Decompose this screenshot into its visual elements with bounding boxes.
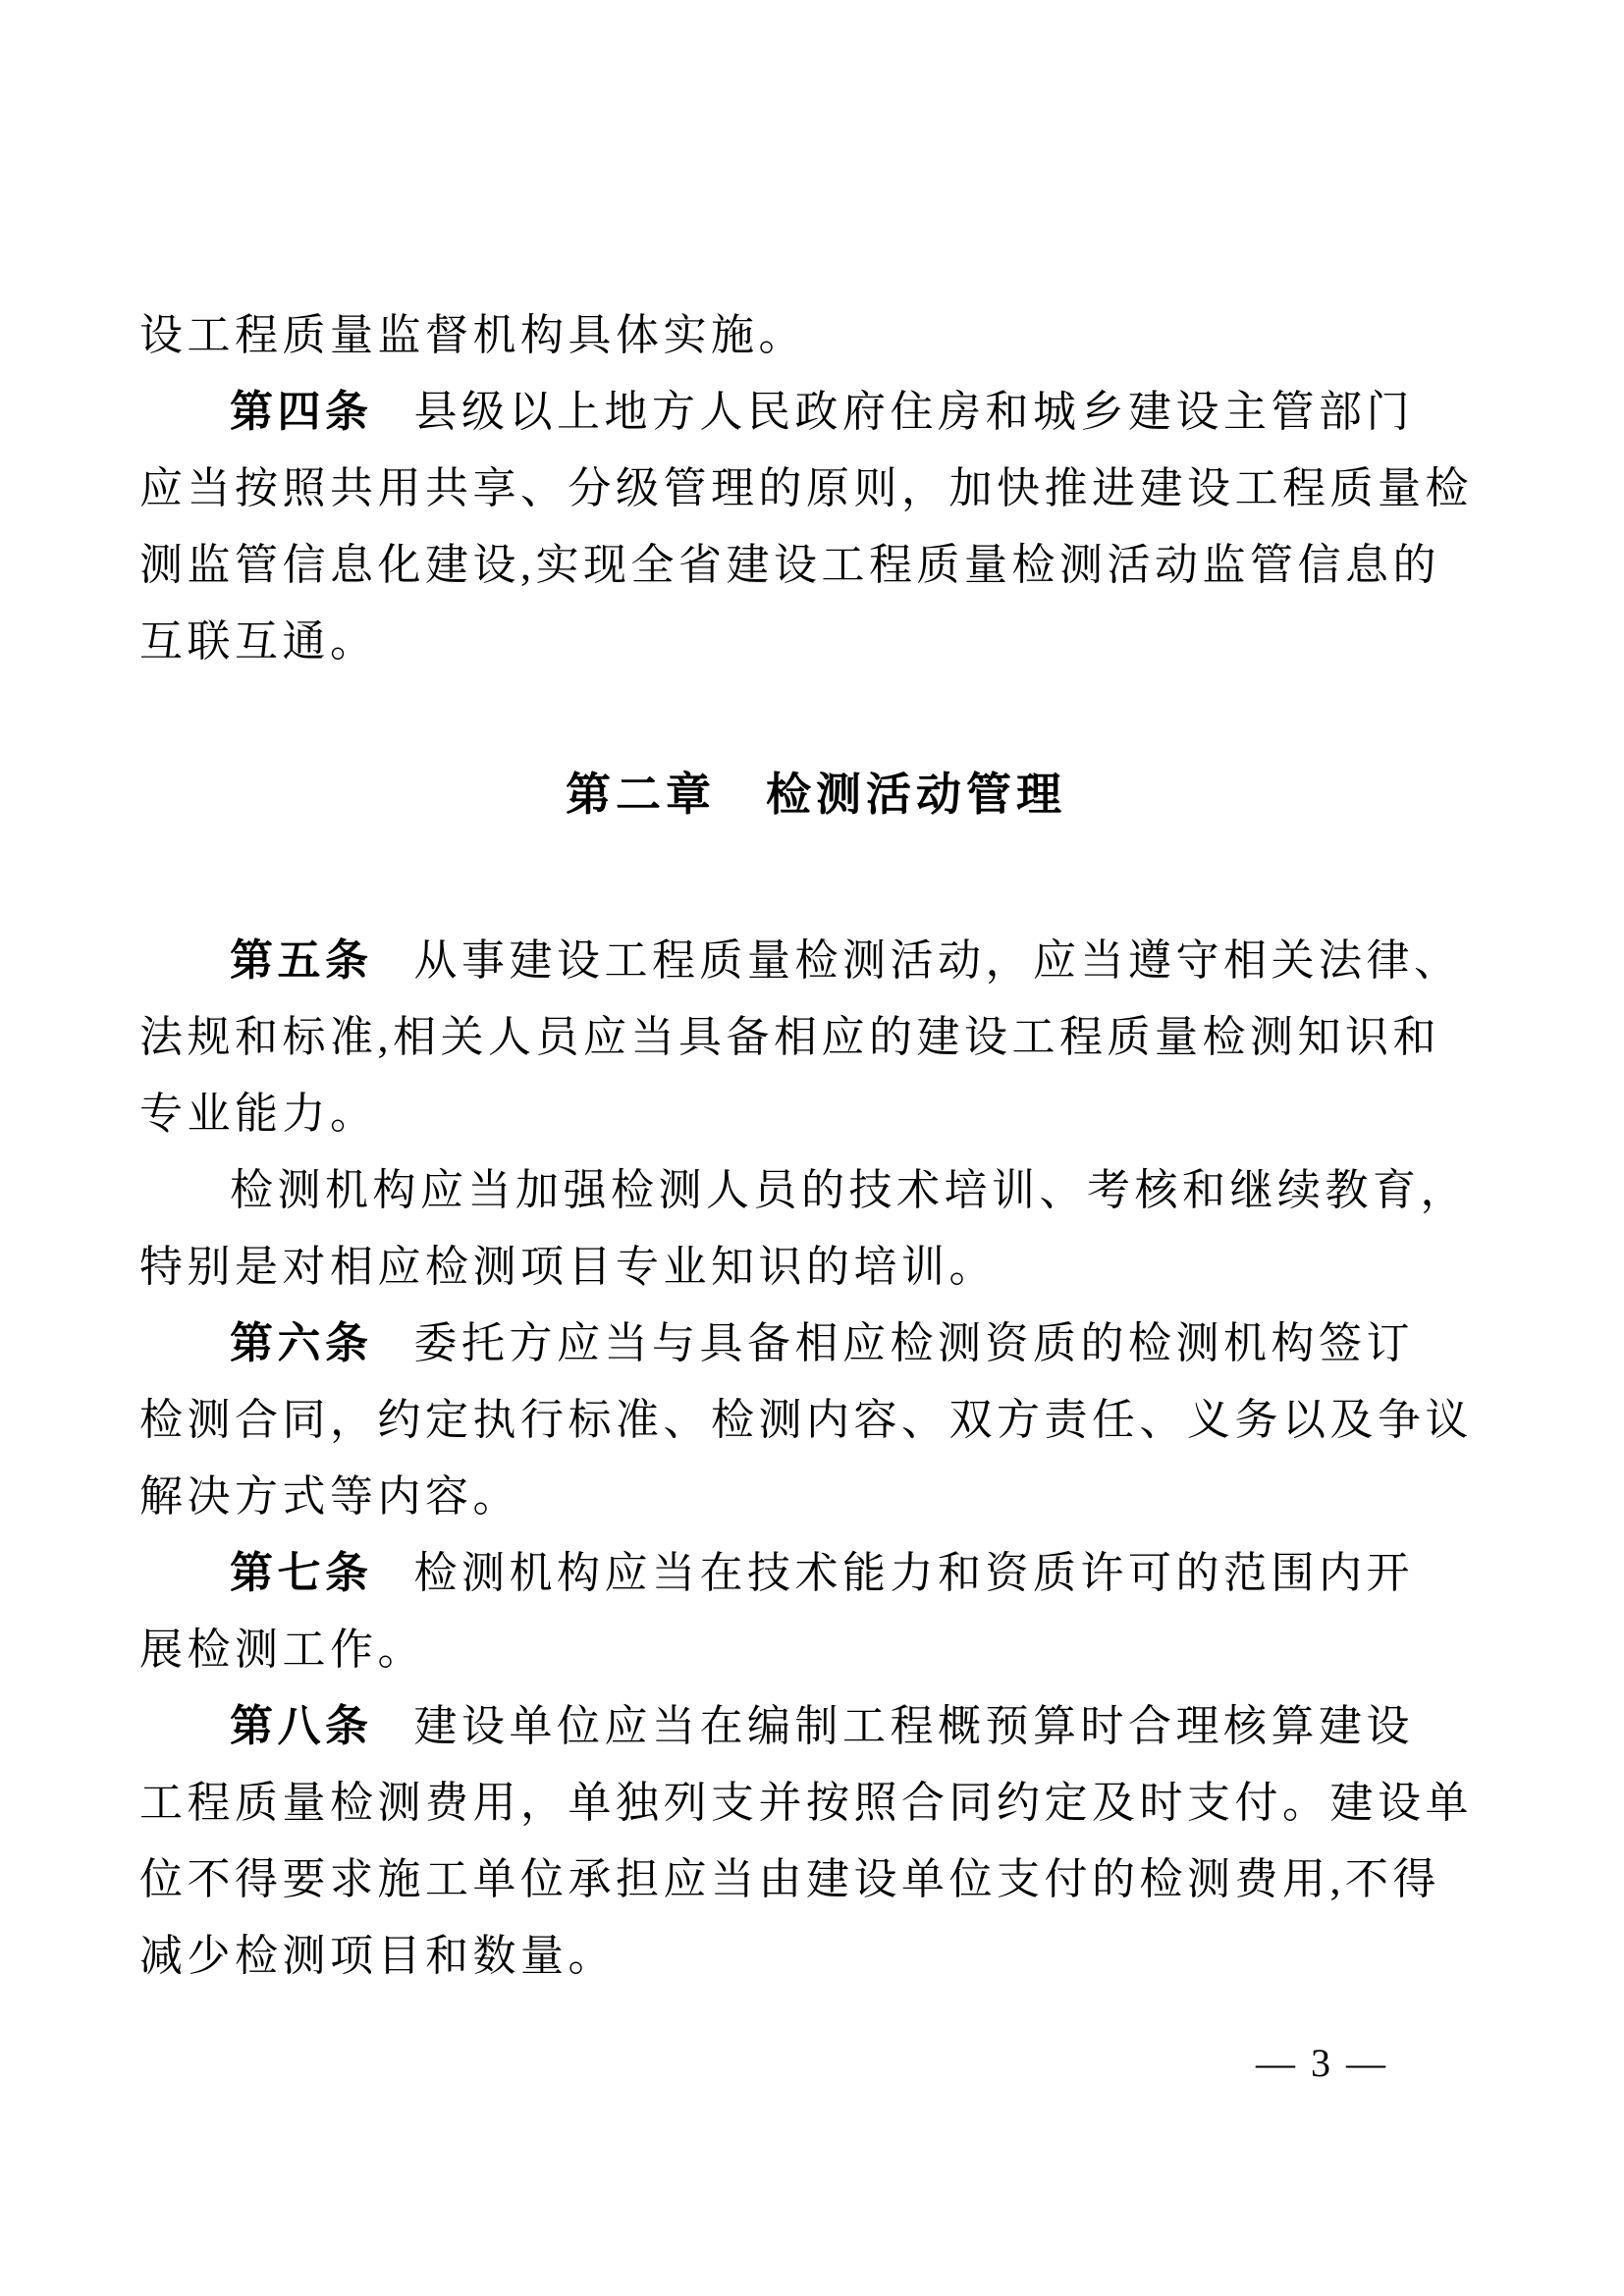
text-line: 工程质量检测费用，单独列支并按照合同约定及时支付。建设单	[139, 1765, 1492, 1842]
text-line: 应当按照共用共享、分级管理的原则，加快推进建设工程质量检	[139, 451, 1492, 527]
line-text: 展检测工作。	[139, 1626, 425, 1674]
line-text: 位不得要求施工单位承担应当由建设单位支付的检测费用,不得	[139, 1855, 1440, 1903]
text-line: 展检测工作。	[139, 1612, 1492, 1688]
text-line: 第七条检测机构应当在技术能力和资质许可的范围内开	[139, 1535, 1583, 1612]
line-text: 检测合同，约定执行标准、检测内容、双方责任、义务以及争议	[139, 1396, 1473, 1444]
text-line: 第六条委托方应当与具备相应检测资质的检测机构签订	[139, 1306, 1583, 1382]
text-line: 位不得要求施工单位承担应当由建设单位支付的检测费用,不得	[139, 1842, 1492, 1918]
line-text: 检测机构应当在技术能力和资质许可的范围内开	[414, 1549, 1415, 1597]
line-text: 检测机构应当加强检测人员的技术培训、考核和继续教育，	[230, 1166, 1468, 1214]
chapter-heading-text: 第二章 检测活动管理	[566, 769, 1066, 820]
line-text: 法规和标准,相关人员应当具备相应的建设工程质量检测知识和	[139, 1013, 1440, 1061]
article-number: 第四条	[230, 388, 373, 436]
line-text: 互联互通。	[139, 617, 378, 666]
line-text: 解决方式等内容。	[139, 1472, 520, 1521]
text-line: 设工程质量监督机构具体实施。	[139, 297, 1492, 374]
line-text: 建设单位应当在编制工程概预算时合理核算建设	[414, 1702, 1415, 1750]
page-number: — 3 —	[1256, 2034, 1388, 2093]
line-text: 测监管信息化建设,实现全省建设工程质量检测活动监管信息的	[139, 541, 1440, 589]
line-text: 委托方应当与具备相应检测资质的检测机构签订	[414, 1319, 1415, 1367]
article-number: 第五条	[230, 936, 373, 985]
text-line: 特别是对相应检测项目专业知识的培训。	[139, 1229, 1492, 1306]
text-line: 互联互通。	[139, 604, 1492, 680]
line-text: 特别是对相应检测项目专业知识的培训。	[139, 1243, 997, 1291]
chapter-heading: 第二章 检测活动管理	[139, 756, 1492, 832]
text-line: 第四条县级以上地方人民政府住房和城乡建设主管部门	[139, 374, 1583, 451]
text-line: 第八条建设单位应当在编制工程概预算时合理核算建设	[139, 1688, 1583, 1765]
article-number: 第七条	[230, 1549, 373, 1597]
line-text: 应当按照共用共享、分级管理的原则，加快推进建设工程质量检	[139, 464, 1473, 512]
text-line: 法规和标准,相关人员应当具备相应的建设工程质量检测知识和	[139, 999, 1492, 1076]
text-line: 检测机构应当加强检测人员的技术培训、考核和继续教育，	[139, 1152, 1583, 1229]
article-number: 第六条	[230, 1319, 373, 1367]
text-line: 专业能力。	[139, 1076, 1492, 1152]
text-line: 解决方式等内容。	[139, 1459, 1492, 1535]
line-text: 县级以上地方人民政府住房和城乡建设主管部门	[414, 388, 1415, 436]
line-text: 专业能力。	[139, 1090, 378, 1138]
text-line: 第五条从事建设工程质量检测活动，应当遵守相关法律、	[139, 923, 1583, 999]
text-line: 测监管信息化建设,实现全省建设工程质量检测活动监管信息的	[139, 527, 1492, 604]
line-text: 设工程质量监督机构具体实施。	[139, 311, 806, 359]
document-page: — 3 — 设工程质量监督机构具体实施。第四条县级以上地方人民政府住房和城乡建设…	[0, 0, 1624, 2296]
line-text: 工程质量检测费用，单独列支并按照合同约定及时支付。建设单	[139, 1779, 1473, 1827]
line-text: 减少检测项目和数量。	[139, 1932, 616, 1980]
article-number: 第八条	[230, 1702, 373, 1750]
text-line: 减少检测项目和数量。	[139, 1918, 1492, 1995]
text-line: 检测合同，约定执行标准、检测内容、双方责任、义务以及争议	[139, 1382, 1492, 1459]
line-text: 从事建设工程质量检测活动，应当遵守相关法律、	[414, 936, 1462, 985]
